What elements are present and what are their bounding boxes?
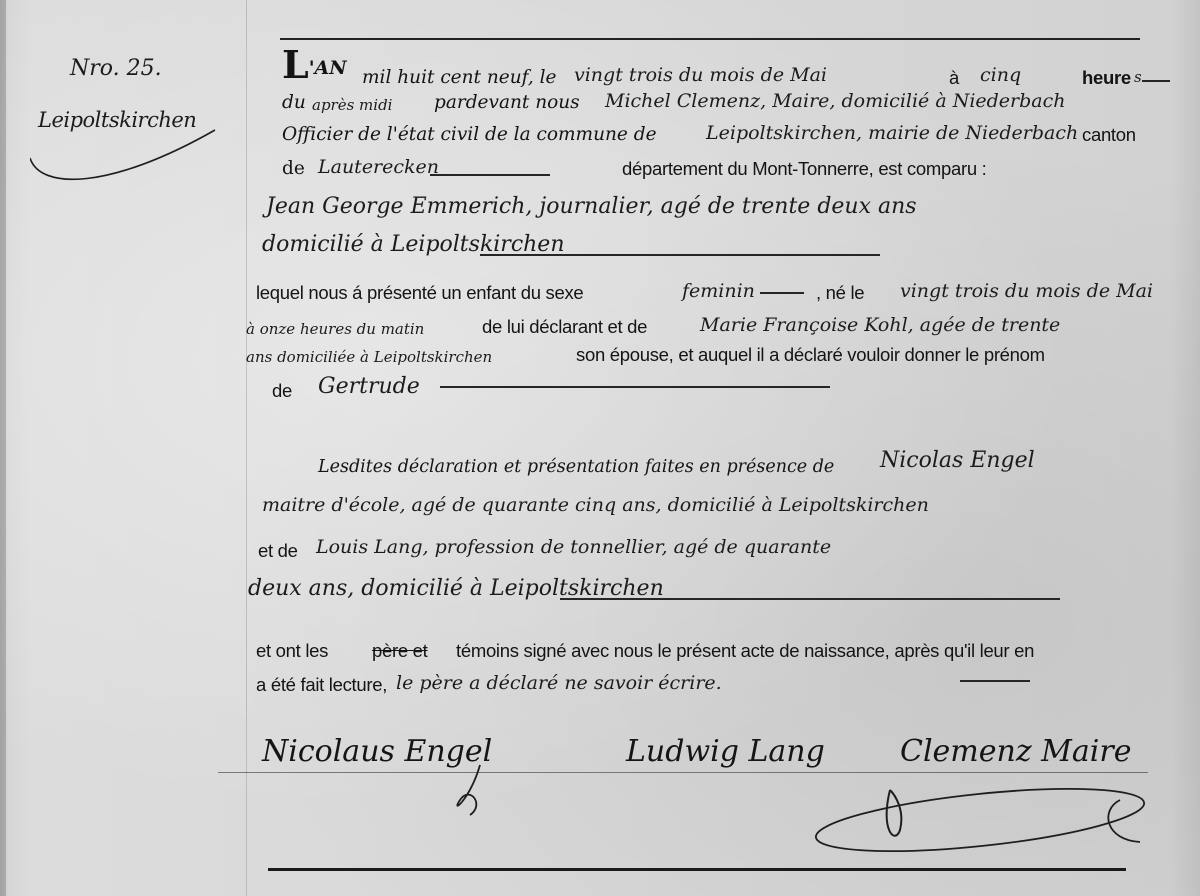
printed-heure: heure [1082, 67, 1131, 89]
fill-dash [480, 254, 880, 256]
an-label: 'AN [309, 57, 347, 79]
hand-witness1: Nicolas Engel [880, 450, 1035, 472]
struck-pere-et: père et [372, 640, 428, 662]
page-binding-edge [0, 0, 6, 896]
hand-witness2-details: deux ans, domicilié à Leipoltskirchen [248, 578, 664, 600]
signature-witness2: Ludwig Lang [626, 734, 825, 769]
margin-flourish-icon [30, 50, 240, 200]
scanned-birth-record-page: Nro. 25. Leipoltskirchen L'AN mil huit c… [0, 0, 1200, 896]
hand-given-name: Gertrude [318, 376, 420, 398]
printed-de-lui: de lui déclarant et de [482, 316, 647, 338]
printed-pardevant: pardevant nous [434, 92, 580, 114]
printed-a: à [949, 67, 959, 89]
printed-lequel: lequel nous á présenté un enfant du sexe [256, 282, 583, 304]
fill-dash [430, 174, 550, 176]
printed-lesdites: Lesdites déclaration et présentation fai… [318, 456, 834, 478]
hand-father-illiterate: le père a déclaré ne savoir écrire. [396, 672, 722, 694]
printed-de-prenom: de [272, 380, 292, 402]
fill-dash [560, 598, 1060, 600]
hand-witness1-details: maitre d'école, agé de quarante cinq ans… [262, 494, 929, 516]
hand-apres-midi: après midi [312, 94, 392, 116]
fill-dash [760, 292, 804, 294]
witness-flourish-icon [440, 760, 500, 820]
printed-de: de [282, 158, 305, 180]
hand-witness2: Louis Lang, profession de tonnellier, ag… [316, 536, 831, 558]
page-fold-line [246, 0, 247, 896]
hand-birth-hour: à onze heures du matin [246, 318, 424, 340]
hand-mayor: Michel Clemenz, Maire, domicilié à Niede… [605, 90, 1066, 112]
fill-dash [440, 386, 830, 388]
printed-ne-le: , né le [816, 282, 864, 304]
hand-mother: Marie Françoise Kohl, agée de trente [700, 314, 1060, 336]
hand-father-domicile: domicilié à Leipoltskirchen [262, 234, 565, 256]
printed-departement: département du Mont-Tonnerre, est compar… [622, 158, 987, 180]
top-rule [280, 38, 1140, 40]
drop-cap: L [282, 42, 309, 87]
bottom-rule [268, 868, 1126, 871]
printed-et-de: et de [258, 540, 298, 562]
printed-son-epouse: son épouse, et auquel il a déclaré voulo… [576, 344, 1045, 366]
printed-lecture: a été fait lecture, [256, 674, 387, 696]
signature-mayor: Clemenz Maire [900, 734, 1131, 769]
printed-canton: canton [1082, 124, 1136, 146]
printed-year: mil huit cent neuf, le [362, 67, 556, 89]
printed-officier: Officier de l'état civil de la commune d… [282, 124, 657, 146]
hand-commune: Leipoltskirchen, mairie de Niederbach [706, 122, 1078, 144]
hand-date: vingt trois du mois de Mai [574, 64, 827, 86]
hand-father: Jean George Emmerich, journalier, agé de… [266, 196, 917, 218]
hand-canton: Lauterecken [318, 156, 439, 178]
printed-et-ont: et ont les [256, 640, 328, 662]
printed-temoins: témoins signé avec nous le présent acte … [456, 640, 1034, 662]
mayor-paraph-flourish-icon [800, 770, 1180, 860]
margin-annotation: Nro. 25. Leipoltskirchen [30, 50, 240, 200]
fill-dash [960, 680, 1030, 682]
hand-sex: feminin [682, 280, 755, 302]
hand-heure-suffix: s [1134, 66, 1142, 88]
hand-mother-domicile: ans domiciliée à Leipoltskirchen [246, 346, 492, 368]
hand-birth-date: vingt trois du mois de Mai [900, 280, 1153, 302]
printed-du: du [282, 92, 306, 114]
fill-dash [1142, 80, 1170, 82]
hand-hour: cinq [980, 64, 1021, 86]
